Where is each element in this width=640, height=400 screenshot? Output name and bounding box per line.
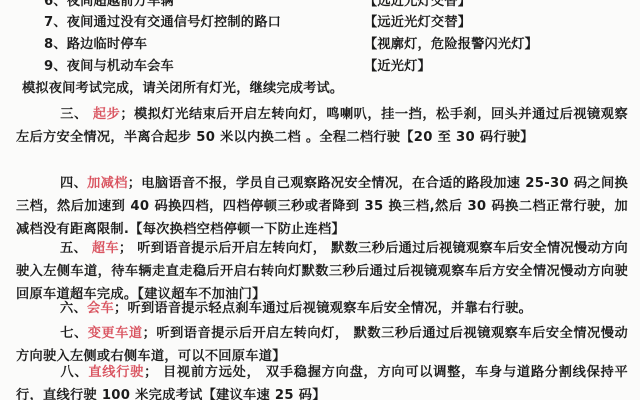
night-item-text: 9、夜间与机动车会车 xyxy=(44,59,174,75)
night-complete-note: 模拟夜间考试完成，请关闭所有灯光，继续完成考试。 xyxy=(22,81,343,97)
section-title: 变更车道 xyxy=(88,326,143,341)
section-title: 超车 xyxy=(92,241,119,256)
section-title: 起步 xyxy=(93,107,120,122)
section-title: 会车 xyxy=(87,301,114,316)
night-item-text: 7、夜间通过没有交通信号灯控制的路口 xyxy=(44,15,281,31)
section-overtake: 五、 超车； 听到语音提示后开启左转向灯， 默数三秒后通过后视镜观察车后安全情况… xyxy=(16,237,628,306)
section-straight-drive: 八、直线行驶； 目视前方远处， 双手稳握方向盘，方向可以调整，车身与道路分割线保… xyxy=(16,361,628,400)
night-item-light: 【远近光灯交替】 xyxy=(364,0,471,10)
night-item-light: 【远近光灯交替】 xyxy=(364,15,471,31)
section-meeting: 六、会车；听到语音提示轻点刹车通过后视镜观察车后安全情况，并靠右行驶。 xyxy=(16,297,628,320)
section-title: 加减档 xyxy=(87,176,128,191)
night-item-light: 【近光灯】 xyxy=(364,59,431,75)
exam-notes-document: 6、夜间超越前方车辆 【远近光灯交替】 7、夜间通过没有交通信号灯控制的路口 【… xyxy=(0,0,640,400)
night-item-text: 8、路边临时停车 xyxy=(44,37,147,53)
section-start: 三、 起步；模拟灯光结束后开启左转向灯，鸣喇叭，挂一挡，松手刹，回头并通过后视镜… xyxy=(16,103,628,149)
section-gear-shift: 四、加减档；电脑语音不报，学员自己观察路况安全情况，在合适的路段加速 25-30… xyxy=(16,172,628,241)
night-item-text: 6、夜间超越前方车辆 xyxy=(44,0,174,10)
section-title: 直线行驶 xyxy=(88,365,144,380)
night-item-light: 【视廓灯，危险报警闪光灯】 xyxy=(364,37,538,53)
